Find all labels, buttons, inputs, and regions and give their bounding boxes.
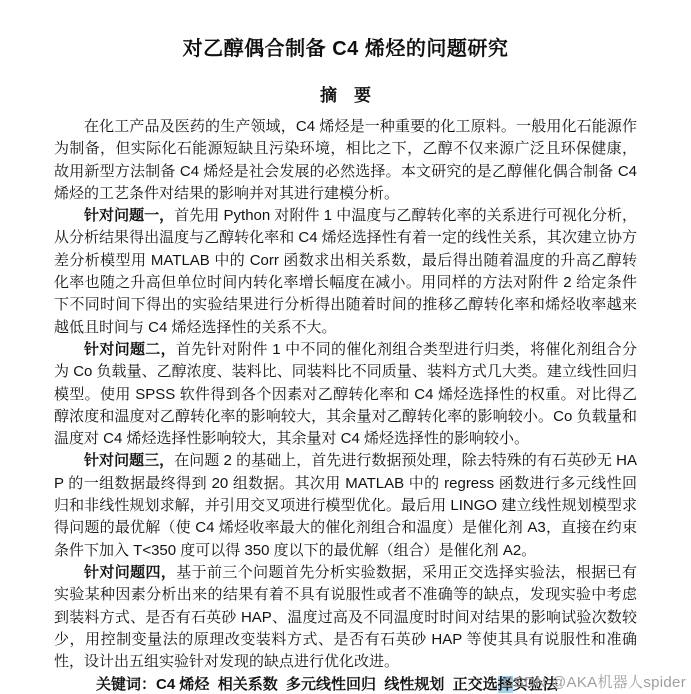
keywords-label: 关键词： — [96, 676, 156, 693]
csdn-watermark: CSDN @AKA机器人spider — [503, 671, 686, 692]
abstract-paragraph-4: 针对问题三，在问题 2 的基础上，首先进行数据预处理，除去特殊的有石英砂无 HA… — [54, 450, 637, 561]
abstract-heading: 摘 要 — [54, 81, 637, 106]
paragraph-1-text: 在化工产品及医药的生产领域，C4 烯烃是一种重要的化工原料。一般用化石能源作为制… — [54, 118, 637, 202]
keywords-text-before-highlight: C4 烯烃 相关系数 多元线性回归 线性规划 正交选 — [156, 676, 498, 693]
paragraph-5-lead: 针对问题四， — [84, 564, 176, 581]
abstract-paragraph-3: 针对问题二，首先针对附件 1 中不同的催化剂组合类型进行归类，将催化剂组合分为 … — [54, 339, 637, 450]
abstract-paragraph-2: 针对问题一，首先用 Python 对附件 1 中温度与乙醇转化率的关系进行可视化… — [54, 205, 637, 339]
abstract-paragraph-5: 针对问题四，基于前三个问题首先分析实验数据，采用正交选择实验法，根据已有实验某种… — [54, 562, 637, 673]
paragraph-4-lead: 针对问题三， — [84, 452, 174, 469]
paragraph-3-lead: 针对问题二， — [84, 341, 176, 358]
document-page: 对乙醇偶合制备 C4 烯烃的问题研究 摘 要 在化工产品及医药的生产领域，C4 … — [0, 0, 691, 694]
abstract-paragraph-1: 在化工产品及医药的生产领域，C4 烯烃是一种重要的化工原料。一般用化石能源作为制… — [54, 116, 637, 205]
paragraph-2-lead: 针对问题一， — [84, 207, 174, 224]
document-title: 对乙醇偶合制备 C4 烯烃的问题研究 — [54, 32, 637, 61]
paragraph-2-text: 首先用 Python 对附件 1 中温度与乙醇转化率的关系进行可视化分析，从分析… — [54, 207, 637, 335]
abstract-body: 在化工产品及医药的生产领域，C4 烯烃是一种重要的化工原料。一般用化石能源作为制… — [54, 116, 637, 694]
